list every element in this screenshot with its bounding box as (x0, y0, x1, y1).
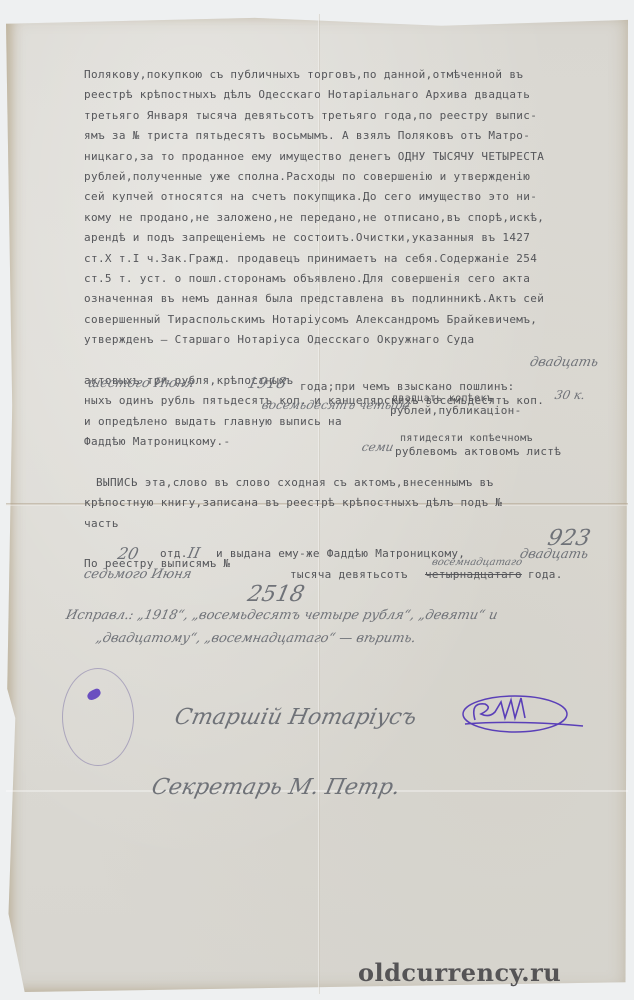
typed-line: утвержденъ — Старшаго Нотаріуса Одесскаг… (84, 330, 624, 350)
typed-fragment: и выдана ему-же Фаддѣю Матроницкому, (216, 547, 465, 560)
handwritten-extract-number: 2518 (245, 582, 306, 607)
typed-fragment: тысяча девятьсотъ (290, 568, 408, 581)
typed-fragment: года. (528, 568, 563, 581)
typed-line: ст.Х т.I ч.Зак.Гражд. продавецъ принимае… (84, 249, 624, 269)
typed-line: и опредѣлено выдать главную выпись на (84, 412, 624, 432)
handwritten-day: двадцать (528, 355, 599, 370)
notary-signature (455, 690, 585, 740)
handwritten-sheet-value: семи (361, 440, 395, 454)
typed-line: означенная въ немъ данная была представл… (84, 289, 624, 309)
handwritten-year-insert: восемнадцатаго (431, 557, 523, 568)
typed-fragment: рублевомъ актовомъ листѣ (395, 445, 561, 458)
typed-line: ямъ за № триста пятьдесятъ восьмымъ. А в… (84, 126, 624, 146)
typed-text-body: Полякову,покупкою съ публичныхъ торговъ,… (84, 65, 624, 575)
handwritten-kopeks: 30 к. (554, 388, 587, 402)
typed-line: совершенный Тираспольскимъ Нотаріусомъ А… (84, 310, 624, 330)
typed-line: ст.5 т. уст. о пошл.сторонамъ объявлено.… (84, 269, 624, 289)
typed-struck-word: четырнадцатаго (425, 568, 522, 581)
handwritten-correction-line: Исправл.: „1918“, „восемьдесятъ четыре р… (64, 608, 499, 623)
typed-insert-above: пятидесяти копѣечномъ (400, 433, 533, 444)
typed-line: третьяго Января тысяча девятьсотъ третья… (84, 106, 624, 126)
handwritten-month-2: седьмого Июня (82, 567, 193, 582)
typed-line: сей купчей относятся на счетъ покупщика.… (84, 187, 624, 207)
typed-line: часть (84, 514, 624, 534)
typed-line: крѣпостную книгу,записана въ реестрѣ крѣ… (84, 493, 624, 513)
handwritten-amount: восемьдесятъ четыре (261, 398, 412, 412)
typed-line: рублей,полученные уже сполна.Расходы по … (84, 167, 624, 187)
typed-line: арендѣ и подъ запрещеніемъ не состоитъ.О… (84, 228, 624, 248)
typed-fragment: отд. (160, 547, 188, 560)
typed-line: Полякову,покупкою съ публичныхъ торговъ,… (84, 65, 624, 85)
secretary-signature: Секретарь М. Петр. (149, 775, 402, 800)
handwritten-day-2: двадцать (518, 547, 589, 562)
faded-seal-stamp (62, 668, 134, 766)
typed-line: реестрѣ крѣпостныхъ дѣлъ Одесскаго Нотар… (84, 85, 624, 105)
handwritten-month: шестого Июня (86, 376, 195, 391)
handwritten-year: 1918 (246, 374, 288, 392)
typed-fragment: рублей,публикаціон- (390, 404, 522, 417)
typed-fragment: года;при чемъ взыскано пошлинъ: (300, 380, 515, 393)
handwritten-correction-line: „двадцатому“, „восемнадцатаго“ — вѣрить. (94, 631, 417, 646)
typed-line: ВЫПИСЬ эта,слово въ слово сходная съ акт… (84, 473, 624, 493)
notary-title-handwritten: Старшій Нотаріусъ (172, 705, 419, 730)
typed-line: кому не продано,не заложено,не передано,… (84, 208, 624, 228)
typed-line: ницкаго,за то проданное ему имущество де… (84, 147, 624, 167)
site-watermark: oldcurrency.ru (358, 958, 561, 987)
handwritten-part-number: 20 (116, 544, 140, 563)
